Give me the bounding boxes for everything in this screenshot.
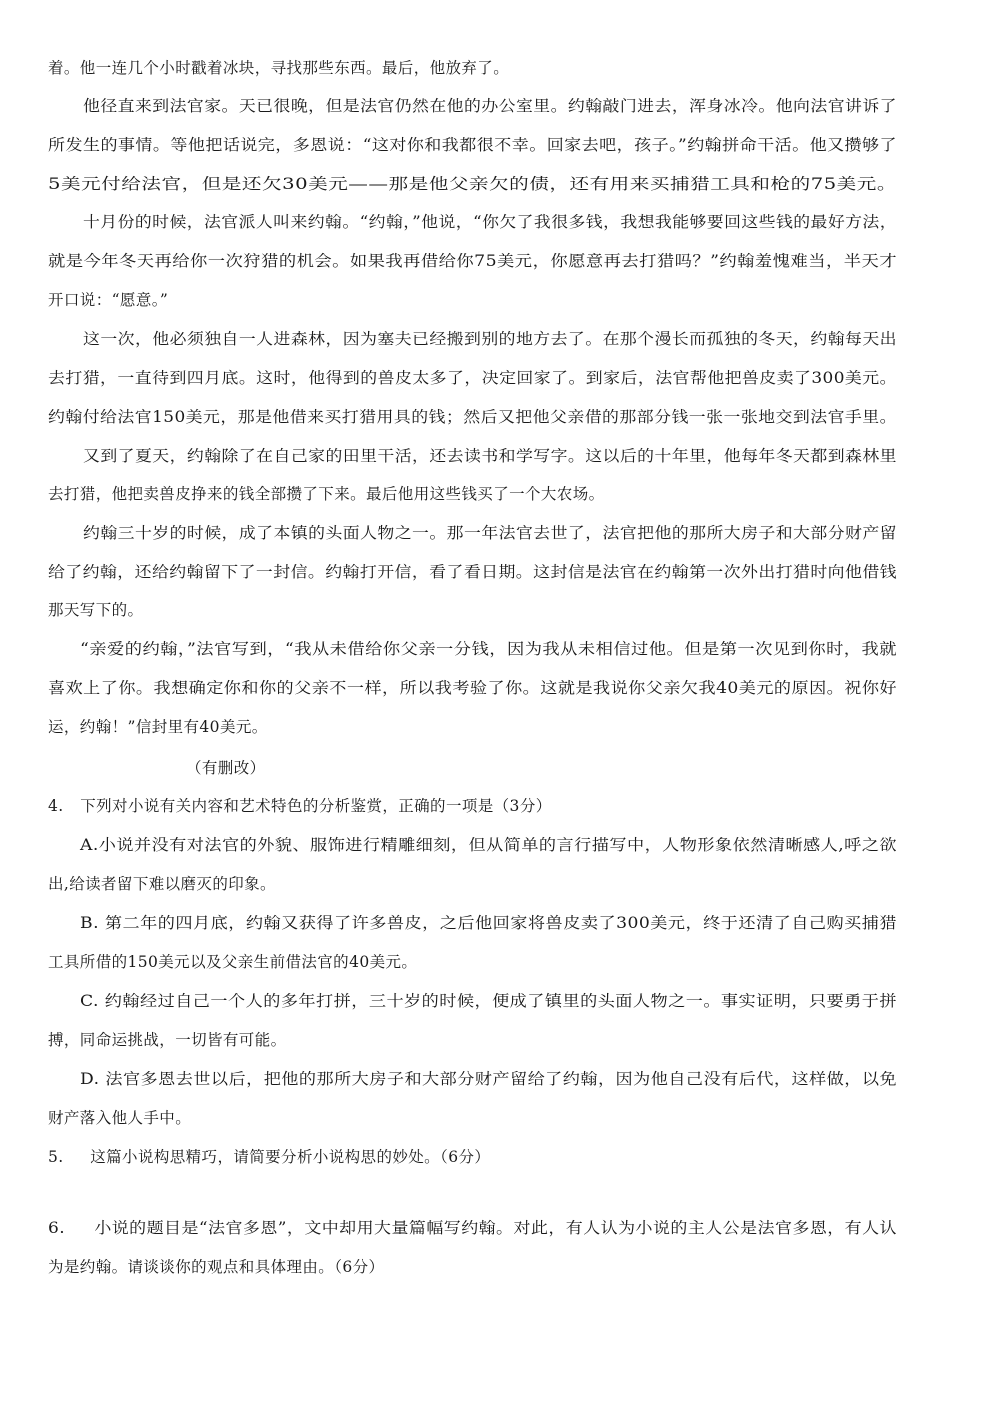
story-line: 着。他一连几个小时戳着冰块，寻找那些东西。最后，他放弃了。 <box>48 56 908 80</box>
question-5: 5. 这篇小说构思精巧，请简要分析小说构思的妙处。（6分） <box>48 1145 908 1169</box>
option-a: A.小说并没有对法官的外貌、服饰进行精雕细刻，但从简单的言行描写中，人物形象依然… <box>80 833 992 857</box>
story-line: 去打猎，他把卖兽皮挣来的钱全部攒了下来。最后他用这些钱买了一个大农场。 <box>48 482 908 506</box>
question-number: 5. <box>48 1148 64 1166</box>
option-text: 法官多恩去世以后，把他的那所大房子和大部分财产留给了约翰，因为他自己没有后代，这… <box>105 1070 897 1088</box>
question-4: 4. 下列对小说有关内容和艺术特色的分析鉴赏，正确的一项是（3分） <box>48 794 908 818</box>
option-c: C. 约翰经过自己一个人的多年打拼，三十岁的时候，便成了镇里的头面人物之一。事实… <box>80 989 992 1013</box>
story-line: 那天写下的。 <box>48 598 908 622</box>
question-text: 下列对小说有关内容和艺术特色的分析鉴赏，正确的一项是（3分） <box>80 797 551 815</box>
question-text: 这篇小说构思精巧，请简要分析小说构思的妙处。（6分） <box>90 1148 490 1166</box>
source-note: （有删改） <box>186 756 992 780</box>
question-number: 6. <box>48 1219 65 1237</box>
story-line: 这一次，他必须独自一人进森林，因为塞夫已经搬到别的地方去了。在那个漫长而孤独的冬… <box>83 327 992 351</box>
story-line: 十月份的时候，法官派人叫来约翰。“约翰，”他说，“你欠了我很多钱，我想我能够要回… <box>83 210 992 234</box>
story-line: 约翰付给法官150美元，那是他借来买打猎用具的钱；然后又把他父亲借的那部分钱一张… <box>48 405 986 429</box>
story-line: 给了约翰，还给约翰留下了一封信。约翰打开信，看了看日期。这封信是法官在约翰第一次… <box>48 560 985 584</box>
option-label: B. <box>80 914 99 932</box>
option-c-cont: 搏，同命运挑战，一切皆有可能。 <box>48 1028 908 1052</box>
option-d-cont: 财产落入他人手中。 <box>48 1106 908 1130</box>
story-line: 又到了夏天，约翰除了在自己家的田里干活，还去读书和学写字。这以后的十年里，他每年… <box>83 444 992 468</box>
story-line: 就是今年冬天再给你一次狩猎的机会。如果我再借给你75美元，你愿意再去打猎吗？”约… <box>48 249 992 273</box>
option-label: C. <box>80 992 99 1010</box>
option-d: D. 法官多恩去世以后，把他的那所大房子和大部分财产留给了约翰，因为他自己没有后… <box>80 1067 992 1091</box>
option-b-cont: 工具所借的150美元以及父亲生前借法官的40美元。 <box>48 950 908 974</box>
question-text: 小说的题目是“法官多恩”，文中却用大量篇幅写约翰。对此，有人认为小说的主人公是法… <box>94 1219 897 1237</box>
question-number: 4. <box>48 797 64 815</box>
story-line: 他径直来到法官家。天已很晚，但是法官仍然在他的办公室里。约翰敲门进去，浑身冰冷。… <box>83 94 992 118</box>
option-text: 约翰经过自己一个人的多年打拼，三十岁的时候，便成了镇里的头面人物之一。事实证明，… <box>105 992 897 1010</box>
story-line: “亲爱的约翰，”法官写到，“我从未借给你父亲一分钱，因为我从未相信过他。但是第一… <box>80 637 992 661</box>
story-line: 运，约翰！”信封里有40美元。 <box>48 715 908 739</box>
story-line: 5美元付给法官，但是还欠30美元——那是他父亲欠的债，还有用来买捕猎工具和枪的7… <box>48 172 992 196</box>
story-line: 所发生的事情。等他把话说完，多恩说：“这对你和我都很不幸。回家去吧，孩子。”约翰… <box>48 133 992 157</box>
story-line: 去打猎，一直待到四月底。这时，他得到的兽皮太多了，决定回家了。到家后，法官帮他把… <box>48 366 986 390</box>
story-line: 开口说：“愿意。” <box>48 288 908 312</box>
option-a-cont: 出,给读者留下难以磨灭的印象。 <box>48 872 908 896</box>
option-text: 小说并没有对法官的外貌、服饰进行精雕细刻，但从简单的言行描写中，人物形象依然清晰… <box>99 836 897 854</box>
question-6-cont: 为是约翰。请谈谈你的观点和具体理由。（6分） <box>48 1255 908 1279</box>
option-text: 第二年的四月底，约翰又获得了许多兽皮，之后他回家将兽皮卖了300美元，终于还清了… <box>105 914 897 932</box>
option-label: A. <box>80 836 99 854</box>
option-b: B. 第二年的四月底，约翰又获得了许多兽皮，之后他回家将兽皮卖了300美元，终于… <box>80 911 992 935</box>
question-6: 6. 小说的题目是“法官多恩”，文中却用大量篇幅写约翰。对此，有人认为小说的主人… <box>48 1216 991 1240</box>
option-label: D. <box>80 1070 99 1088</box>
story-line: 喜欢上了你。我想确定你和你的父亲不一样，所以我考验了你。这就是我说你父亲欠我40… <box>48 676 992 700</box>
story-line: 约翰三十岁的时候，成了本镇的头面人物之一。那一年法官去世了，法官把他的那所大房子… <box>83 521 992 545</box>
exam-page: 着。他一连几个小时戳着冰块，寻找那些东西。最后，他放弃了。 他径直来到法官家。天… <box>0 0 992 1403</box>
